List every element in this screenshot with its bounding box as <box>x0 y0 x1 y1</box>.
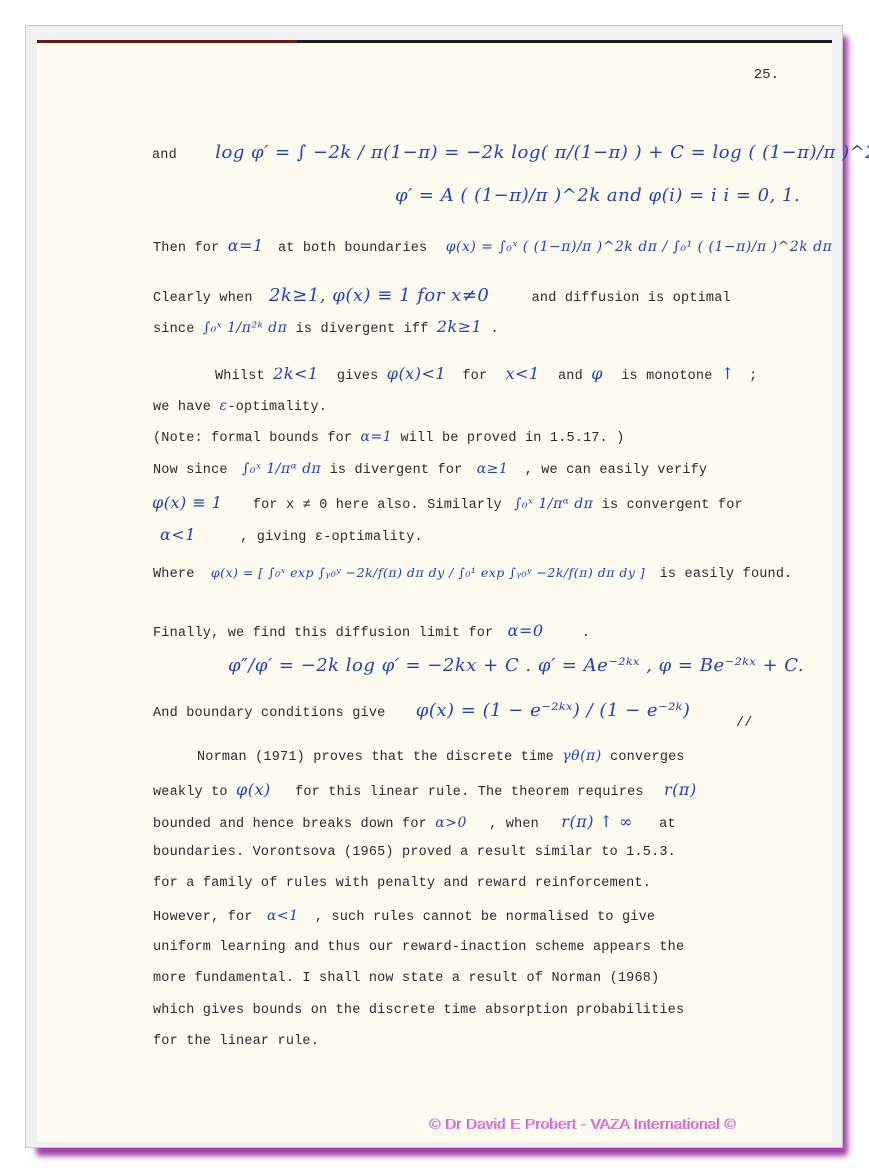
text: (Note: formal bounds for <box>153 431 352 446</box>
line-14: φ″/φ′ = −2k log φ′ = −2kx + C . φ′ = Ae⁻… <box>228 655 804 676</box>
line-7: we have ε-optimality. <box>153 398 327 415</box>
line-20: for a family of rules with penalty and r… <box>153 876 651 891</box>
handwritten-math: α>0 <box>435 815 467 831</box>
handwritten-equation: φ(x) = [ ∫₀ˣ exp ∫ᵧ₀ʸ −2k/f(π) dπ dy / ∫… <box>211 565 645 580</box>
handwritten-math: α=1 <box>228 236 264 255</box>
line-17: weakly to φ(x) for this linear rule. The… <box>153 780 697 800</box>
text: is monotone <box>621 369 712 384</box>
line-19: boundaries. Vorontsova (1965) proved a r… <box>153 845 676 860</box>
handwritten-math: α<1 <box>160 525 196 544</box>
text: is divergent iff <box>296 322 429 337</box>
line-16: Norman (1971) proves that the discrete t… <box>197 748 685 765</box>
handwritten-math: r(π) <box>664 780 697 799</box>
text: and diffusion is optimal <box>532 291 731 306</box>
text: Whilst <box>215 369 265 384</box>
line-11: α<1 , giving ε-optimality. <box>160 525 423 545</box>
page-number: 25. <box>754 67 779 83</box>
line-2: φ′ = A ( (1−π)/π )^2k and φ(i) = i i = 0… <box>395 185 800 206</box>
handwritten-math: 2k≥1 <box>437 317 482 336</box>
line-24: which gives bounds on the discrete time … <box>153 1003 684 1018</box>
line-21: However, for α<1 , such rules cannot be … <box>153 908 655 925</box>
handwritten-equation: log φ′ = ∫ −2k / π(1−π) = −2k log( π/(1−… <box>215 142 869 163</box>
text: , such rules cannot be normalised to giv… <box>315 910 655 925</box>
handwritten-math: φ(x) <box>236 780 271 799</box>
handwritten-math: 2k<1 <box>273 364 318 383</box>
line-5: since ∫₀ˣ 1/π²ᵏ dπ is divergent iff 2k≥1… <box>153 317 499 337</box>
text: However, for <box>153 910 253 925</box>
line-15: And boundary conditions give φ(x) = (1 −… <box>153 700 690 721</box>
text: for this linear rule. The theorem requir… <box>295 785 644 800</box>
text: weakly to <box>153 785 228 800</box>
text: gives <box>337 369 379 384</box>
text: Finally, we find this diffusion limit fo… <box>153 626 493 641</box>
handwritten-math: ∫₀ˣ 1/πᵅ dπ <box>242 461 321 477</box>
line-8: (Note: formal bounds for α=1 will be pro… <box>153 429 625 446</box>
handwritten-equation: φ(x) = ∫₀ˣ ( (1−π)/π )^2k dπ / ∫₀¹ ( (1−… <box>446 239 833 255</box>
text: , we can easily verify <box>525 463 708 478</box>
text: ; <box>749 369 757 384</box>
text: is convergent for <box>602 498 743 513</box>
handwritten-math: 2k≥1, φ(x) ≡ 1 for x≠0 <box>269 285 489 306</box>
text: Then for <box>153 241 219 256</box>
text: we have <box>153 400 211 415</box>
text: converges <box>610 750 685 765</box>
handwritten-math: φ(x) ≡ 1 <box>152 493 222 512</box>
text: at <box>659 817 676 832</box>
line-12: Where φ(x) = [ ∫₀ˣ exp ∫ᵧ₀ʸ −2k/f(π) dπ … <box>153 565 792 582</box>
text: And boundary conditions give <box>153 706 385 721</box>
text: for x ≠ 0 here also. Similarly <box>253 498 502 513</box>
line-25: for the linear rule. <box>153 1034 319 1049</box>
handwritten-math: φ <box>591 364 603 383</box>
text: at both boundaries <box>278 241 427 256</box>
line-4: Clearly when 2k≥1, φ(x) ≡ 1 for x≠0 and … <box>153 285 731 306</box>
line-10: φ(x) ≡ 1 for x ≠ 0 here also. Similarly … <box>152 493 743 513</box>
text: -optimality. <box>227 400 327 415</box>
line-3: Then for α=1 at both boundaries φ(x) = ∫… <box>153 236 832 256</box>
handwritten-math: γθ(π) <box>562 748 601 764</box>
handwritten-equation: φ″/φ′ = −2k log φ′ = −2kx + C . φ′ = Ae⁻… <box>228 655 804 676</box>
text: is divergent for <box>330 463 463 478</box>
handwritten-math: α≥1 <box>477 461 509 477</box>
text: since <box>153 322 195 337</box>
text: , giving ε-optimality. <box>240 530 423 545</box>
text: Now since <box>153 463 228 478</box>
handwritten-equation: φ′ = A ( (1−π)/π )^2k and φ(i) = i i = 0… <box>395 185 800 206</box>
text: and <box>558 369 583 384</box>
text: for <box>462 369 487 384</box>
line-6: Whilst 2k<1 gives φ(x)<1 for x<1 and φ i… <box>215 364 757 384</box>
text: is easily found. <box>660 567 793 582</box>
handwritten-math: φ(x)<1 <box>387 364 446 383</box>
line-9: Now since ∫₀ˣ 1/πᵅ dπ is divergent for α… <box>153 461 707 478</box>
handwritten-math: x<1 <box>506 364 540 383</box>
handwritten-math: ∫₀ˣ 1/π²ᵏ dπ <box>203 320 287 336</box>
handwritten-math: r(π) ↑ ∞ <box>561 812 633 831</box>
line-23: more fundamental. I shall now state a re… <box>153 971 659 986</box>
handwritten-math: α=1 <box>361 429 393 445</box>
line-22: uniform learning and thus our reward-ina… <box>153 940 684 955</box>
handwritten-equation: φ(x) = (1 − e⁻²ᵏˣ) / (1 − e⁻²ᵏ) <box>416 700 691 721</box>
end-of-proof-mark: // <box>736 716 753 731</box>
handwritten-math: α=0 <box>508 621 544 640</box>
line-1: and log φ′ = ∫ −2k / π(1−π) = −2k log( π… <box>152 142 869 163</box>
line-13: Finally, we find this diffusion limit fo… <box>153 621 590 641</box>
text: Where <box>153 567 195 582</box>
handwritten-math: α<1 <box>267 908 299 924</box>
text: , when <box>489 817 539 832</box>
text: Norman (1971) proves that the discrete t… <box>197 750 554 765</box>
up-arrow-icon: ↑ <box>721 364 735 383</box>
line-18: bounded and hence breaks down for α>0 , … <box>153 812 676 832</box>
text: . <box>491 322 499 337</box>
text: and <box>152 148 177 163</box>
text: Clearly when <box>153 291 253 306</box>
copyright-watermark: © Dr David E Probert - VAZA Internationa… <box>430 1116 737 1133</box>
text: will be proved in 1.5.17. ) <box>400 431 624 446</box>
handwritten-math: ∫₀ˣ 1/πᵅ dπ <box>514 496 593 512</box>
text: . <box>582 626 590 641</box>
text: bounded and hence breaks down for <box>153 817 427 832</box>
